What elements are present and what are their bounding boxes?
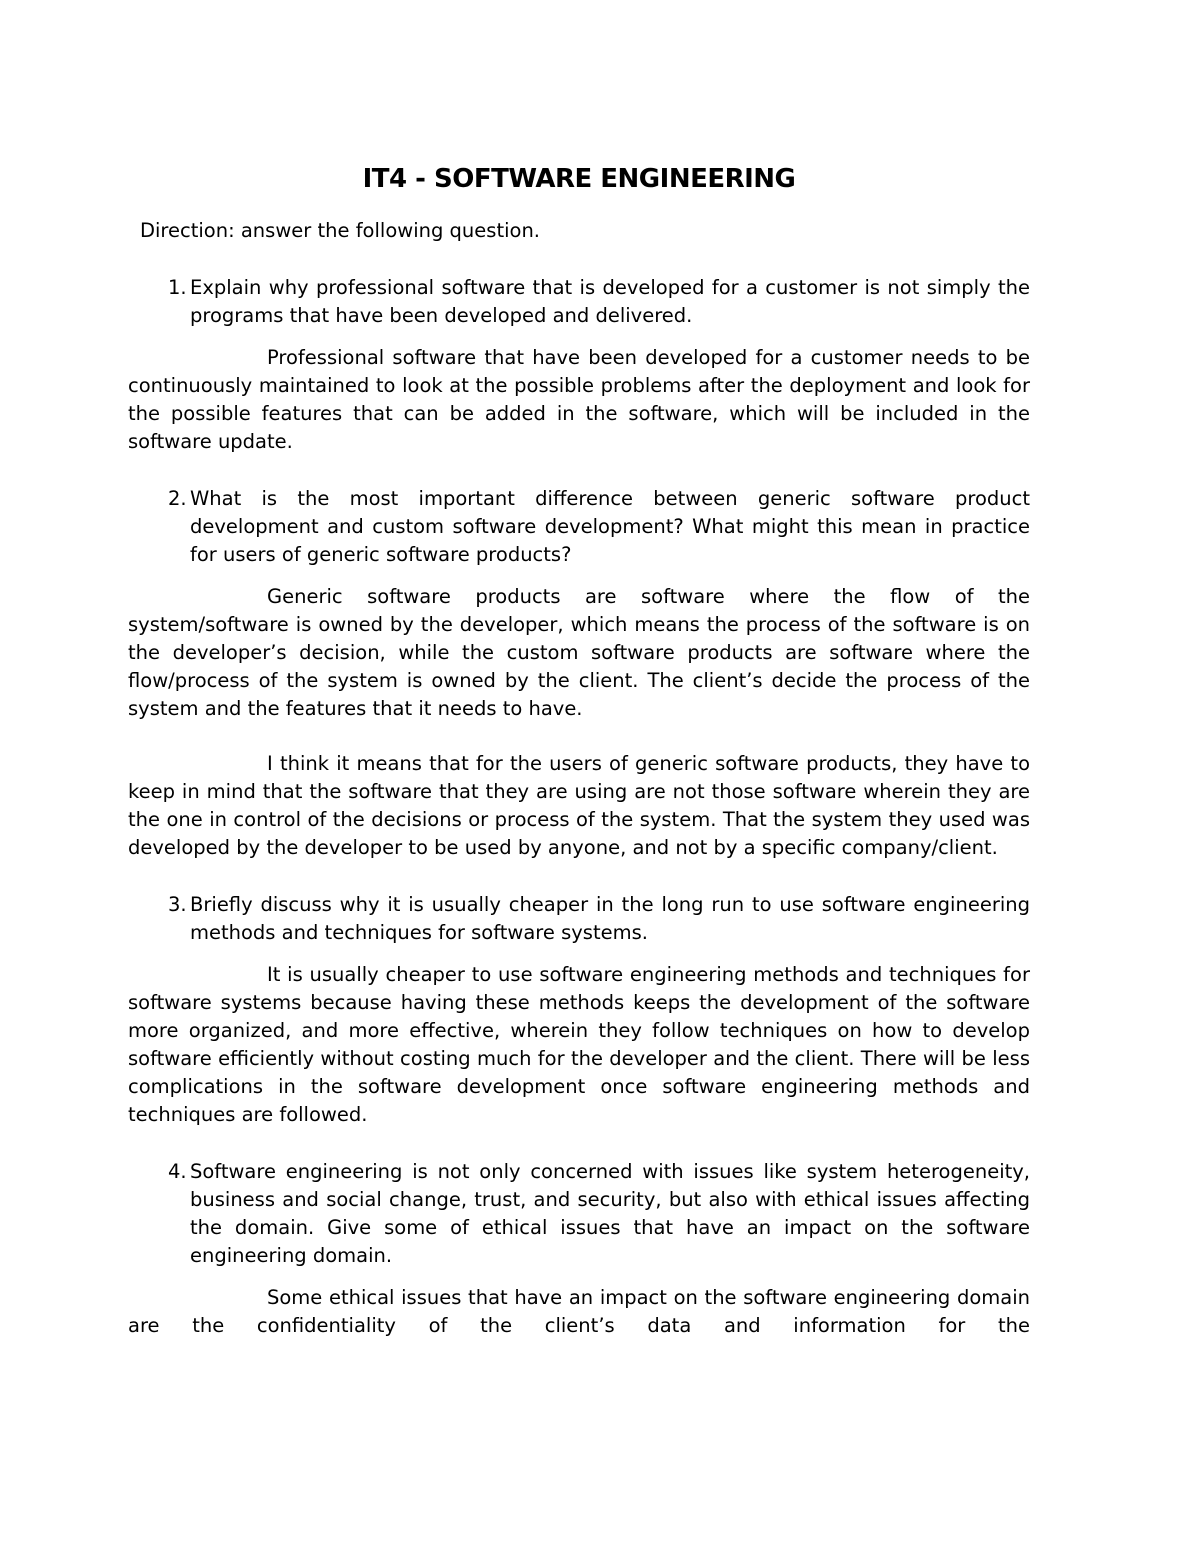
item-number: 1. bbox=[168, 274, 190, 330]
item-number: 4. bbox=[168, 1158, 190, 1270]
question-row: 1. Explain why professional software tha… bbox=[168, 274, 1030, 330]
item-number: 2. bbox=[168, 485, 190, 569]
question-row: 4. Software engineering is not only conc… bbox=[168, 1158, 1030, 1270]
direction-text: Direction: answer the following question… bbox=[140, 217, 1030, 245]
question-text: Briefly discuss why it is usually cheape… bbox=[190, 891, 1030, 947]
question-row: 2. What is the most important difference… bbox=[168, 485, 1030, 569]
answer-paragraph: Professional software that have been dev… bbox=[128, 344, 1030, 456]
question-item-4: 4. Software engineering is not only conc… bbox=[128, 1158, 1030, 1340]
item-number: 3. bbox=[168, 891, 190, 947]
answer-paragraph: Generic software products are software w… bbox=[128, 583, 1030, 723]
question-text: What is the most important difference be… bbox=[190, 485, 1030, 569]
question-item-3: 3. Briefly discuss why it is usually che… bbox=[128, 891, 1030, 1129]
answer-paragraph: It is usually cheaper to use software en… bbox=[128, 961, 1030, 1129]
question-text: Explain why professional software that i… bbox=[190, 274, 1030, 330]
question-item-2: 2. What is the most important difference… bbox=[128, 485, 1030, 862]
question-text: Software engineering is not only concern… bbox=[190, 1158, 1030, 1270]
question-row: 3. Briefly discuss why it is usually che… bbox=[168, 891, 1030, 947]
question-item-1: 1. Explain why professional software tha… bbox=[128, 274, 1030, 456]
page-title: IT4 - SOFTWARE ENGINEERING bbox=[128, 161, 1030, 197]
answer-paragraph: I think it means that for the users of g… bbox=[128, 750, 1030, 862]
document-page: IT4 - SOFTWARE ENGINEERING Direction: an… bbox=[0, 0, 1200, 1553]
answer-paragraph: Some ethical issues that have an impact … bbox=[128, 1284, 1030, 1340]
